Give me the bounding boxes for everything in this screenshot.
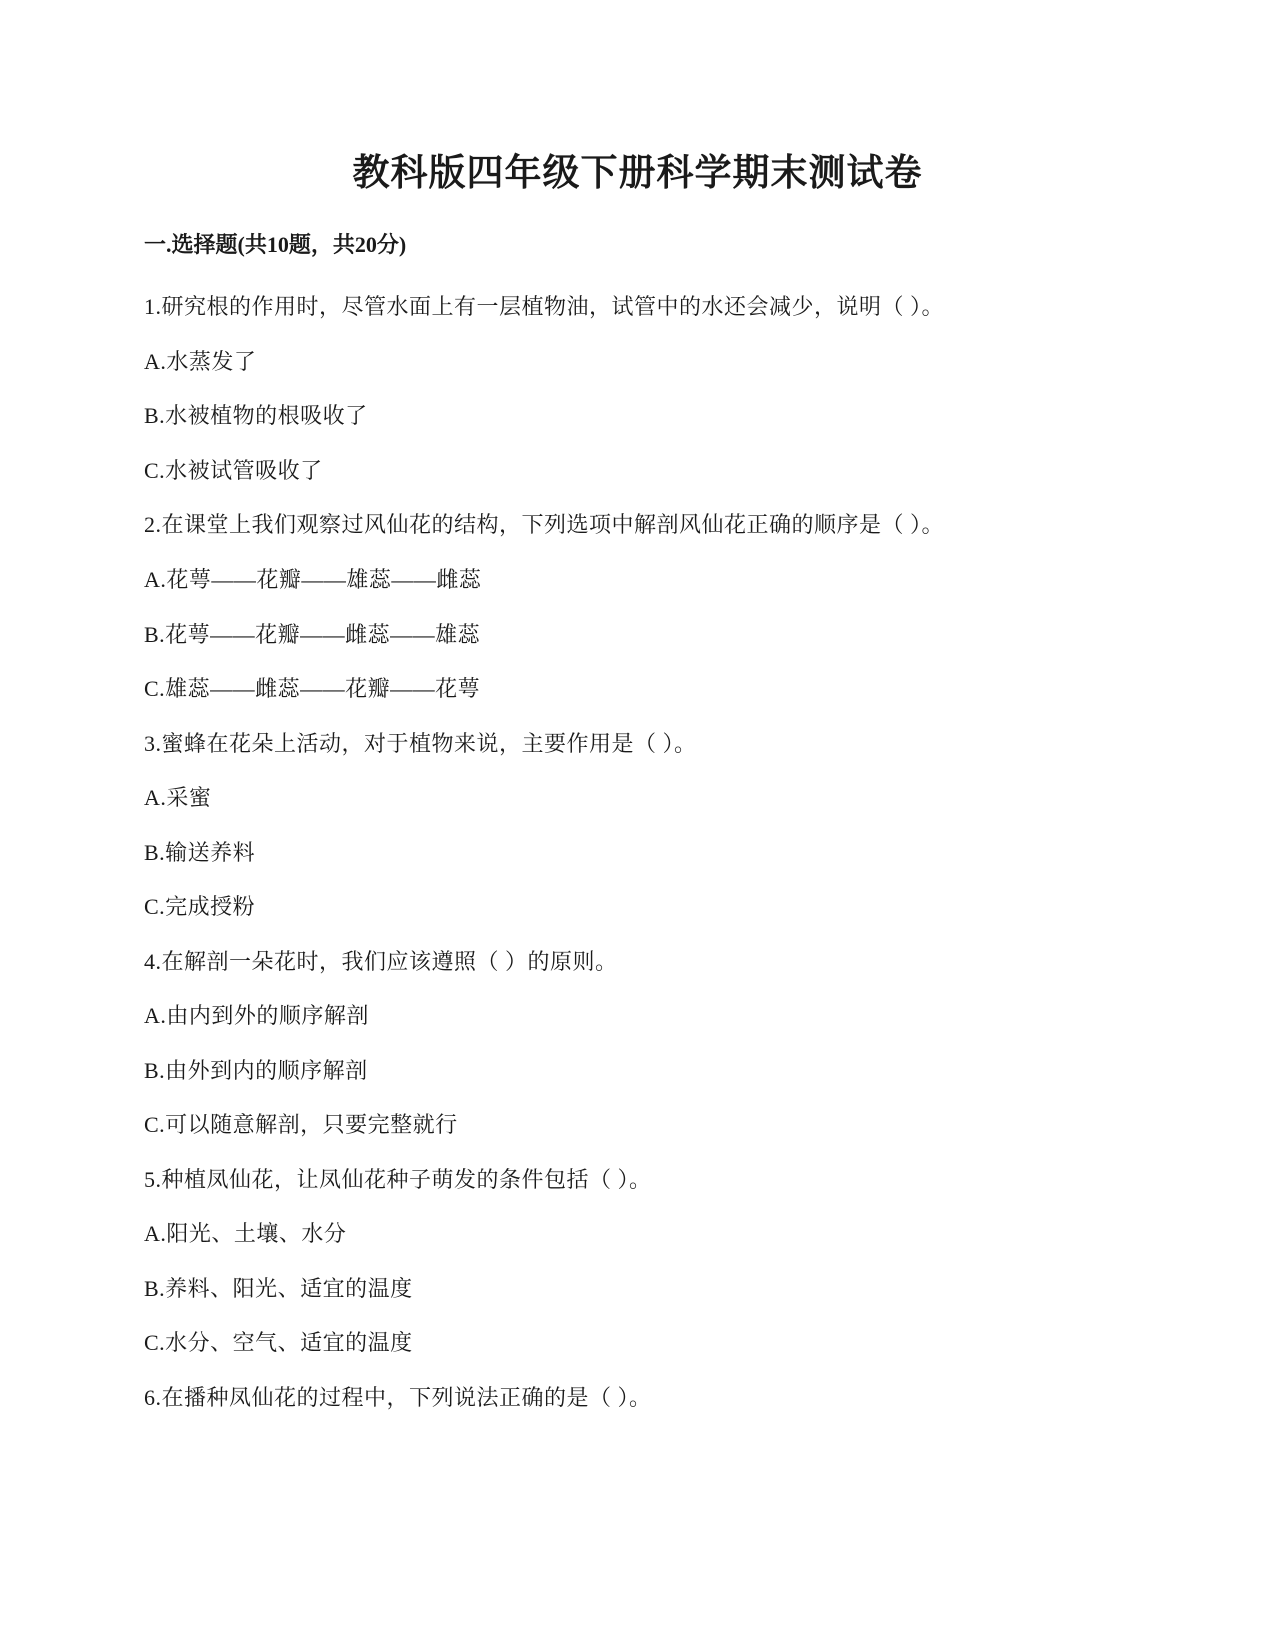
question-option: B.花萼——花瓣——雌蕊——雄蕊: [144, 618, 480, 649]
section-heading: 一.选择题(共10题，共20分): [144, 228, 406, 259]
page-title: 教科版四年级下册科学期末测试卷: [0, 142, 1275, 196]
question-option: B.水被植物的根吸收了: [144, 399, 368, 430]
question-stem: 1.研究根的作用时，尽管水面上有一层植物油，试管中的水还会减少，说明（ ）。: [144, 290, 944, 321]
question-option: A.阳光、土壤、水分: [144, 1217, 346, 1248]
question-option: C.水被试管吸收了: [144, 454, 323, 485]
question-option: C.雄蕊——雌蕊——花瓣——花萼: [144, 672, 480, 703]
question-stem: 4.在解剖一朵花时，我们应该遵照（ ）的原则。: [144, 945, 618, 976]
question-option: A.由内到外的顺序解剖: [144, 999, 369, 1030]
question-stem: 3.蜜蜂在花朵上活动，对于植物来说，主要作用是（ ）。: [144, 727, 697, 758]
question-option: A.采蜜: [144, 781, 211, 812]
question-stem: 2.在课堂上我们观察过风仙花的结构，下列选项中解剖风仙花正确的顺序是（ ）。: [144, 508, 944, 539]
question-stem: 5.种植凤仙花，让凤仙花种子萌发的条件包括（ ）。: [144, 1163, 652, 1194]
question-option: C.可以随意解剖，只要完整就行: [144, 1108, 458, 1139]
question-option: A.花萼——花瓣——雄蕊——雌蕊: [144, 563, 481, 594]
question-option: C.完成授粉: [144, 890, 255, 921]
question-option: B.输送养料: [144, 836, 255, 867]
question-option: B.由外到内的顺序解剖: [144, 1054, 368, 1085]
question-option: C.水分、空气、适宜的温度: [144, 1326, 413, 1357]
question-stem: 6.在播种凤仙花的过程中，下列说法正确的是（ ）。: [144, 1381, 652, 1412]
question-option: B.养料、阳光、适宜的温度: [144, 1272, 413, 1303]
question-option: A.水蒸发了: [144, 345, 256, 376]
